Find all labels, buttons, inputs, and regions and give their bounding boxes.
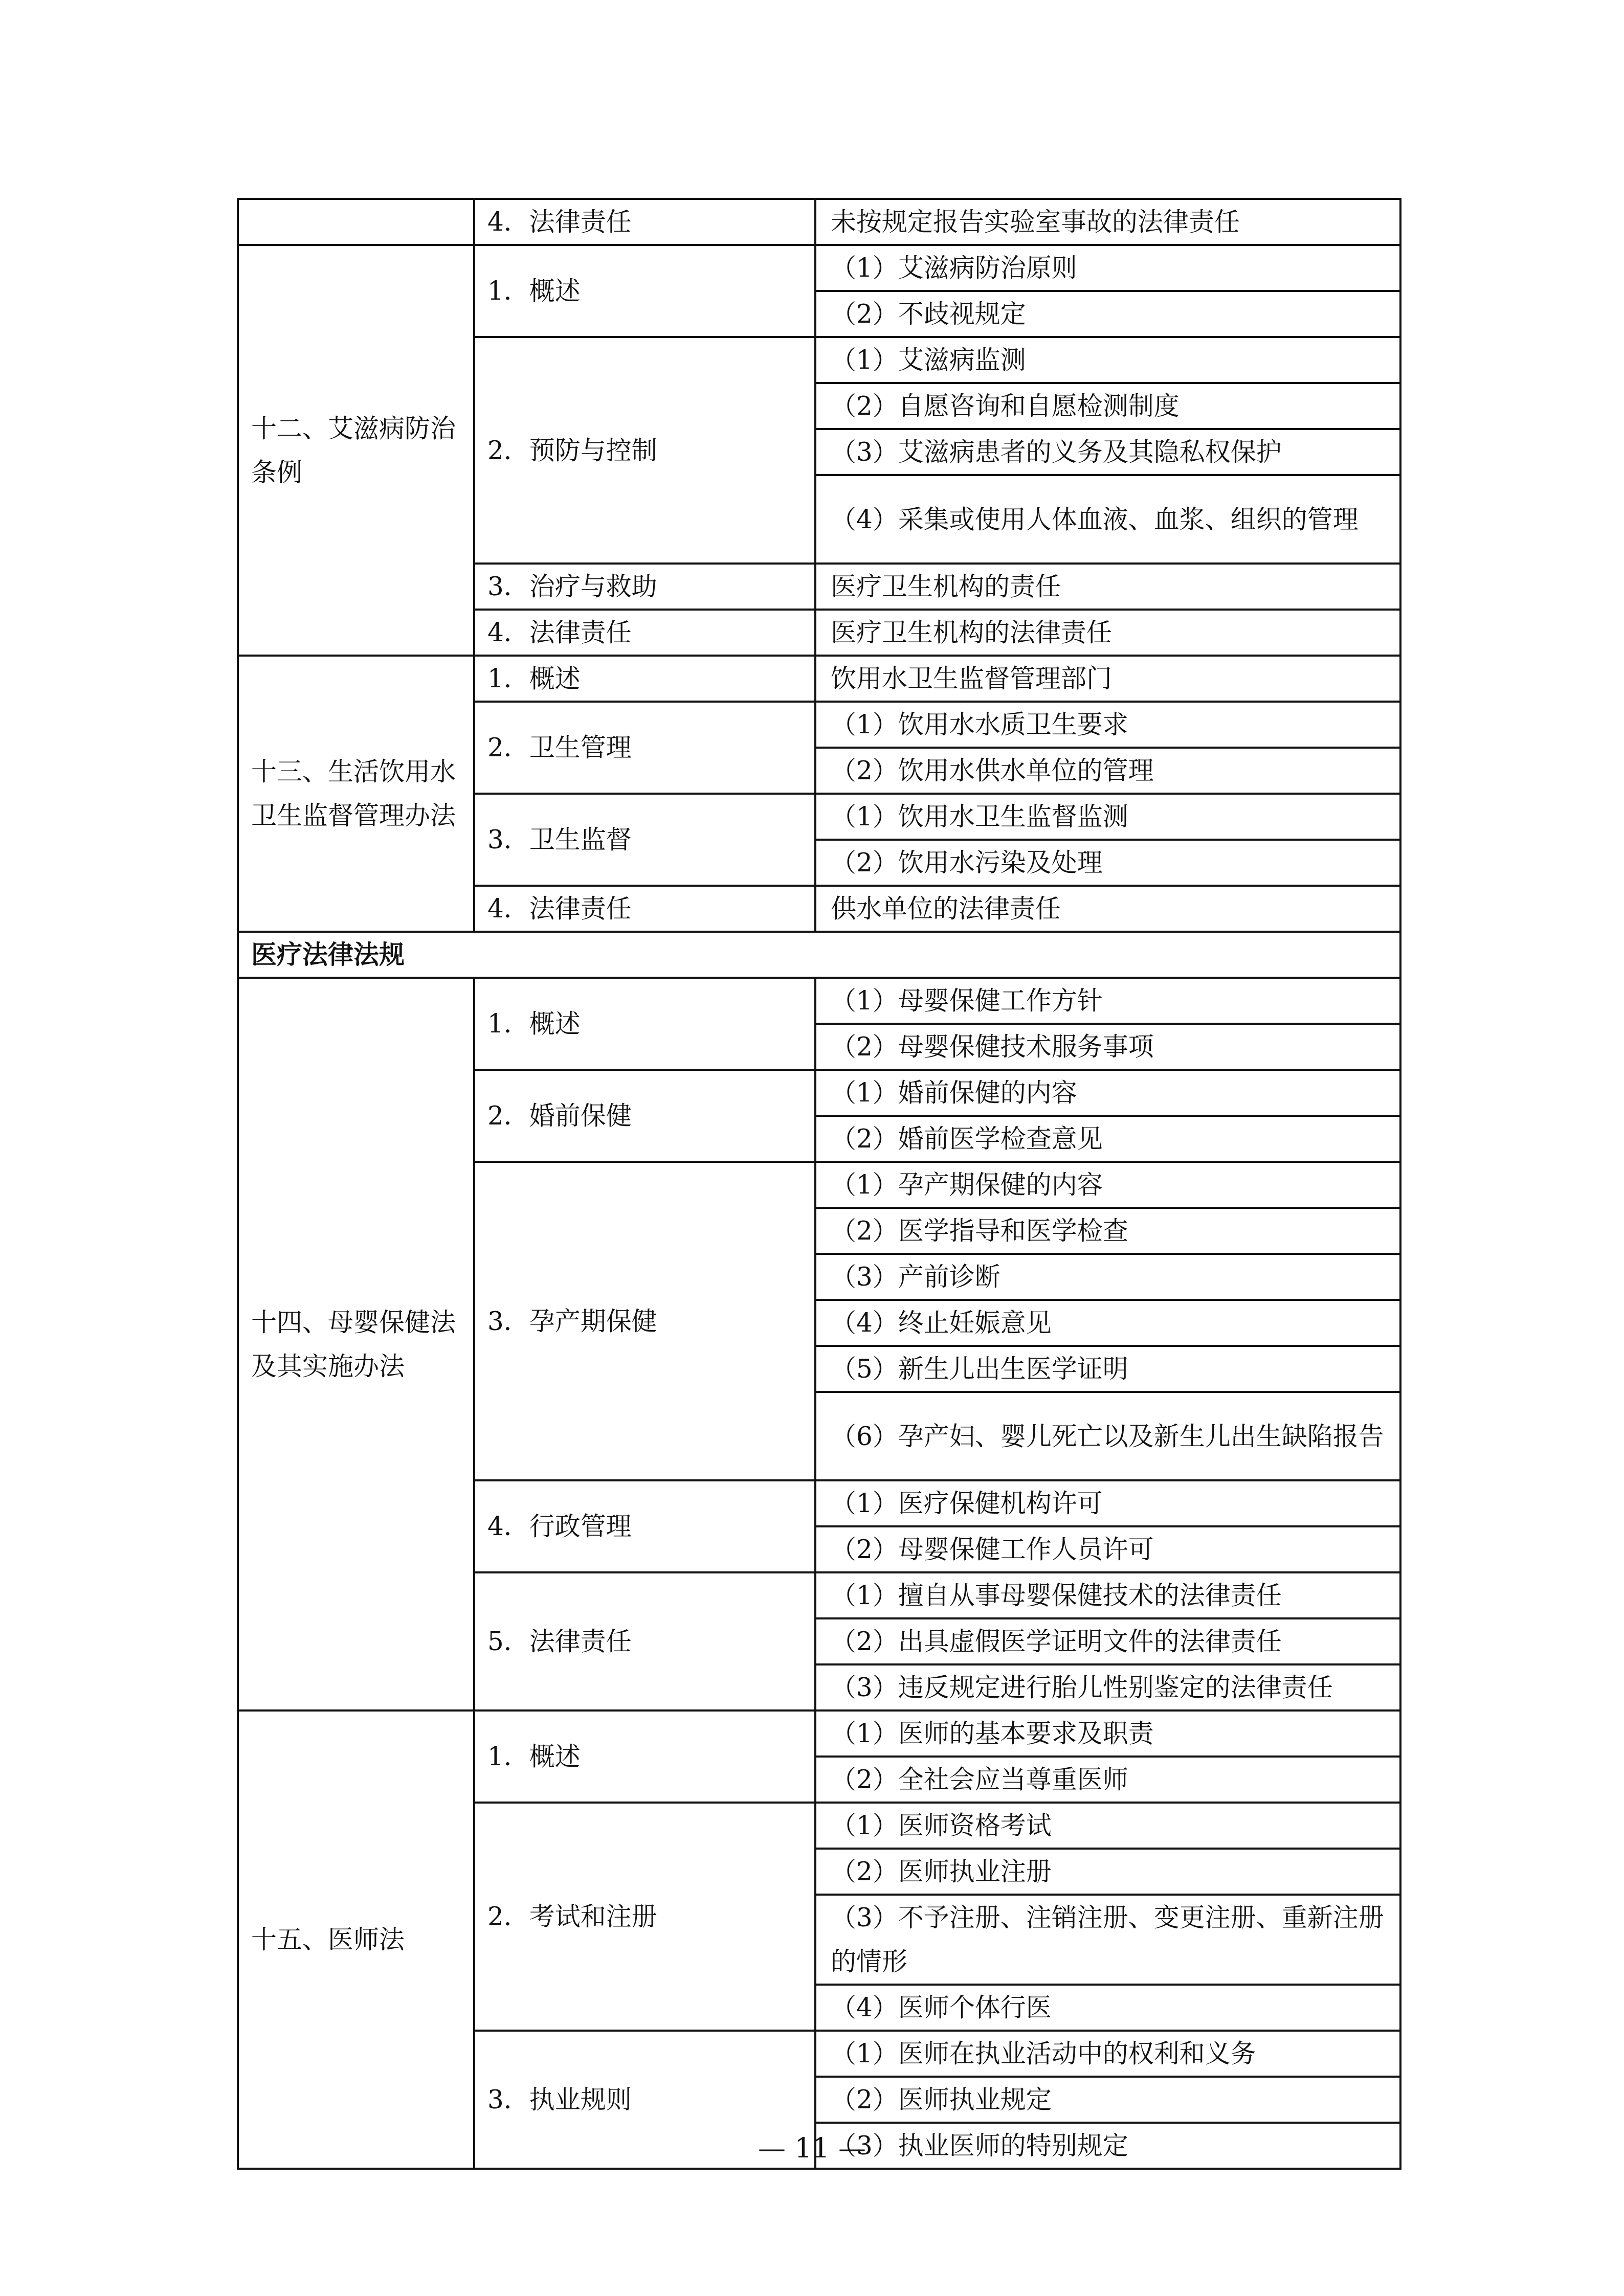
- point-cell: （2）医师执业规定: [815, 2077, 1400, 2123]
- table-row: 十五、医师法 1．概述 （1）医师的基本要求及职责: [238, 1710, 1400, 1757]
- topic-cell: 1．概述: [474, 978, 815, 1070]
- point-cell: （2）自愿咨询和自愿检测制度: [815, 383, 1400, 429]
- topic-cell: 3．治疗与救助: [474, 564, 815, 610]
- point-cell: （1）医疗保健机构许可: [815, 1480, 1400, 1526]
- table-row: 十二、艾滋病防治条例 1．概述 （1）艾滋病防治原则: [238, 245, 1400, 291]
- topic-cell: 1．概述: [474, 656, 815, 702]
- unit-cell: 十二、艾滋病防治条例: [238, 245, 474, 656]
- point-cell: （3）违反规定进行胎儿性别鉴定的法律责任: [815, 1664, 1400, 1710]
- point-cell: （2）全社会应当尊重医师: [815, 1757, 1400, 1803]
- point-cell: 未按规定报告实验室事故的法律责任: [815, 199, 1400, 245]
- point-cell: （2）医学指导和医学检查: [815, 1208, 1400, 1254]
- point-cell: （1）孕产期保健的内容: [815, 1162, 1400, 1208]
- point-cell: 医疗卫生机构的法律责任: [815, 610, 1400, 656]
- topic-cell: 3．孕产期保健: [474, 1162, 815, 1480]
- topic-cell: 1．概述: [474, 245, 815, 337]
- topic-cell: 5．法律责任: [474, 1572, 815, 1710]
- topic-cell: 4．法律责任: [474, 199, 815, 245]
- point-cell: （2）医师执业注册: [815, 1849, 1400, 1895]
- topic-cell: 2．卫生管理: [474, 702, 815, 794]
- topic-cell: 2．考试和注册: [474, 1803, 815, 2031]
- point-cell: （4）采集或使用人体血液、血浆、组织的管理: [815, 475, 1400, 564]
- point-cell: （2）饮用水供水单位的管理: [815, 748, 1400, 794]
- section-header-row: 医疗法律法规: [238, 932, 1400, 978]
- point-cell: （6）孕产妇、婴儿死亡以及新生儿出生缺陷报告: [815, 1392, 1400, 1480]
- topic-cell: 4．法律责任: [474, 886, 815, 932]
- point-cell: （2）母婴保健工作人员许可: [815, 1526, 1400, 1572]
- point-cell: （1）医师在执业活动中的权利和义务: [815, 2031, 1400, 2077]
- point-cell: （3）产前诊断: [815, 1254, 1400, 1300]
- unit-cell: 十五、医师法: [238, 1710, 474, 2169]
- topic-cell: 4．法律责任: [474, 610, 815, 656]
- topic-cell: 2．婚前保健: [474, 1070, 815, 1162]
- point-cell: （4）终止妊娠意见: [815, 1300, 1400, 1346]
- point-cell: 饮用水卫生监督管理部门: [815, 656, 1400, 702]
- point-cell: （3）艾滋病患者的义务及其隐私权保护: [815, 429, 1400, 475]
- point-cell: （1）饮用水卫生监督监测: [815, 794, 1400, 840]
- point-cell: 医疗卫生机构的责任: [815, 564, 1400, 610]
- point-cell: （1）母婴保健工作方针: [815, 978, 1400, 1024]
- point-cell: （3）不予注册、注销注册、变更注册、重新注册的情形: [815, 1895, 1400, 1985]
- point-cell: 供水单位的法律责任: [815, 886, 1400, 932]
- section-header: 医疗法律法规: [238, 932, 1400, 978]
- point-cell: （1）医师资格考试: [815, 1803, 1400, 1849]
- unit-cell: 十四、母婴保健法及其实施办法: [238, 978, 474, 1710]
- page-number: — 11 —: [0, 2132, 1624, 2165]
- table-row: 4．法律责任 未按规定报告实验室事故的法律责任: [238, 199, 1400, 245]
- point-cell: （5）新生儿出生医学证明: [815, 1346, 1400, 1392]
- point-cell: （1）艾滋病防治原则: [815, 245, 1400, 291]
- exam-outline-table: 4．法律责任 未按规定报告实验室事故的法律责任 十二、艾滋病防治条例 1．概述 …: [237, 198, 1401, 2170]
- point-cell: （1）擅自从事母婴保健技术的法律责任: [815, 1572, 1400, 1618]
- topic-cell: 1．概述: [474, 1710, 815, 1803]
- point-cell: （2）婚前医学检查意见: [815, 1116, 1400, 1162]
- point-cell: （1）婚前保健的内容: [815, 1070, 1400, 1116]
- point-cell: （2）母婴保健技术服务事项: [815, 1024, 1400, 1070]
- point-cell: （1）艾滋病监测: [815, 337, 1400, 383]
- point-cell: （2）不歧视规定: [815, 291, 1400, 337]
- point-cell: （1）饮用水水质卫生要求: [815, 702, 1400, 748]
- point-cell: （2）出具虚假医学证明文件的法律责任: [815, 1618, 1400, 1664]
- unit-cell: [238, 199, 474, 245]
- unit-cell: 十三、生活饮用水卫生监督管理办法: [238, 656, 474, 932]
- topic-cell: 4．行政管理: [474, 1480, 815, 1572]
- point-cell: （1）医师的基本要求及职责: [815, 1710, 1400, 1757]
- table-row: 十三、生活饮用水卫生监督管理办法 1．概述 饮用水卫生监督管理部门: [238, 656, 1400, 702]
- point-cell: （2）饮用水污染及处理: [815, 840, 1400, 886]
- table-row: 十四、母婴保健法及其实施办法 1．概述 （1）母婴保健工作方针: [238, 978, 1400, 1024]
- topic-cell: 2．预防与控制: [474, 337, 815, 564]
- topic-cell: 3．卫生监督: [474, 794, 815, 886]
- point-cell: （4）医师个体行医: [815, 1985, 1400, 2031]
